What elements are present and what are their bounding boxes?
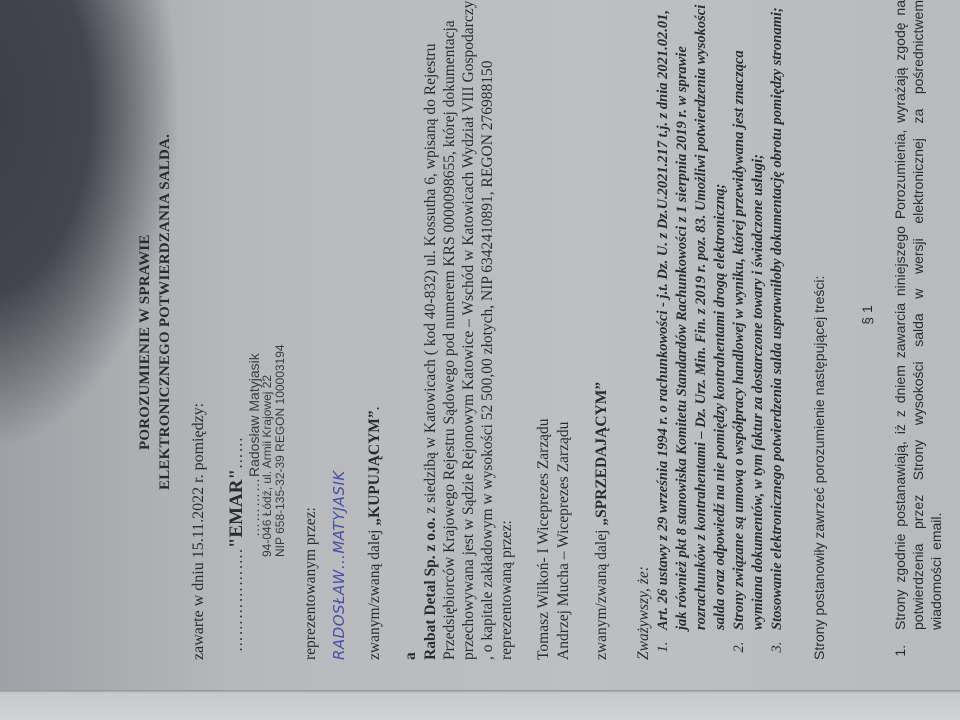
- role-prefix: zwanym/zwaną dalej: [593, 526, 610, 660]
- seller-representatives: Tomasz Wilkoń- I Wiceprezes Zarządu Andr…: [534, 0, 574, 690]
- whereas-section: Zważywszy, że: Art. 26 ustawy z 29 wrześ…: [634, 0, 787, 690]
- title-line-1: POROZUMIENIE W SPRAWIE: [135, 0, 155, 690]
- seller-role-line: zwanym/zwaną dalej „SPRZEDAJĄCYM”: [592, 0, 612, 690]
- whereas-item: Art. 26 ustawy z 29 września 1994 r. o r…: [654, 0, 730, 638]
- clauses-section: Strony zgodnie postanawiają, iż z dniem …: [891, 0, 945, 690]
- seller-represented-label: reprezentowaną przez:: [498, 520, 515, 660]
- role-prefix: zwanym/zwaną dalej: [366, 526, 383, 660]
- whereas-item: Stosowanie elektronicznego potwierdzenia…: [768, 0, 787, 638]
- whereas-list: Art. 26 ustawy z 29 września 1994 r. o r…: [654, 0, 787, 660]
- paper-edge: [0, 690, 960, 720]
- buyer-representative-signature: RADOSŁAW…MATYJASIK: [329, 0, 349, 690]
- buyer-represented-label: reprezentowanym przez:: [301, 0, 321, 690]
- buyer-role-line: zwanym/zwaną dalej „KUPUJĄCYM”.: [365, 0, 385, 690]
- conjunction: a: [401, 0, 421, 690]
- representative: Andrzej Mucha – Wiceprezes Zarządu: [554, 0, 574, 660]
- whereas-item: Strony związane są umową o współpracy ha…: [730, 0, 768, 638]
- intro-line: zawarte w dniu 15.11.2022 r. pomiędzy:: [189, 0, 209, 690]
- seller-role: „SPRZEDAJĄCYM”: [593, 382, 610, 526]
- seller-name: Rabat Detal Sp. z o.o.: [422, 517, 439, 660]
- clause-list: Strony zgodnie postanawiają, iż z dniem …: [891, 0, 945, 660]
- representative: Tomasz Wilkoń- I Wiceprezes Zarządu: [534, 0, 554, 660]
- buyer-block: ………………."EMAR"…… …………Radosław Matyjasik 9…: [227, 0, 287, 690]
- dotted-fill: ……………….: [229, 548, 246, 652]
- whereas-heading: Zważywszy, że:: [634, 0, 654, 660]
- buyer-name: "EMAR": [226, 469, 247, 548]
- title-line-2: ELEKTRONICZNEGO POTWIERDZANIA SALDA.: [155, 0, 175, 690]
- dotted-fill: ……: [229, 436, 246, 469]
- seller-description: Rabat Detal Sp. z o.o. z siedzibą w Kato…: [421, 0, 516, 690]
- agreement-document: POROZUMIENIE W SPRAWIE ELEKTRONICZNEGO P…: [135, 0, 960, 690]
- role-suffix: .: [366, 406, 383, 410]
- stamp-ids: NIP 658-135-32-39 REGON 100003194: [274, 0, 287, 557]
- section-heading: § 1: [857, 0, 877, 690]
- clause-item: Strony zgodnie postanawiają, iż z dniem …: [891, 0, 945, 638]
- decision-line: Strony postanowiły zawrzeć porozumienie …: [809, 0, 829, 690]
- document-title: POROZUMIENIE W SPRAWIE ELEKTRONICZNEGO P…: [135, 0, 175, 690]
- company-stamp: …………Radosław Matyjasik 94-046 Łódź, ul. …: [248, 0, 287, 652]
- buyer-role: „KUPUJĄCYM”: [366, 410, 383, 525]
